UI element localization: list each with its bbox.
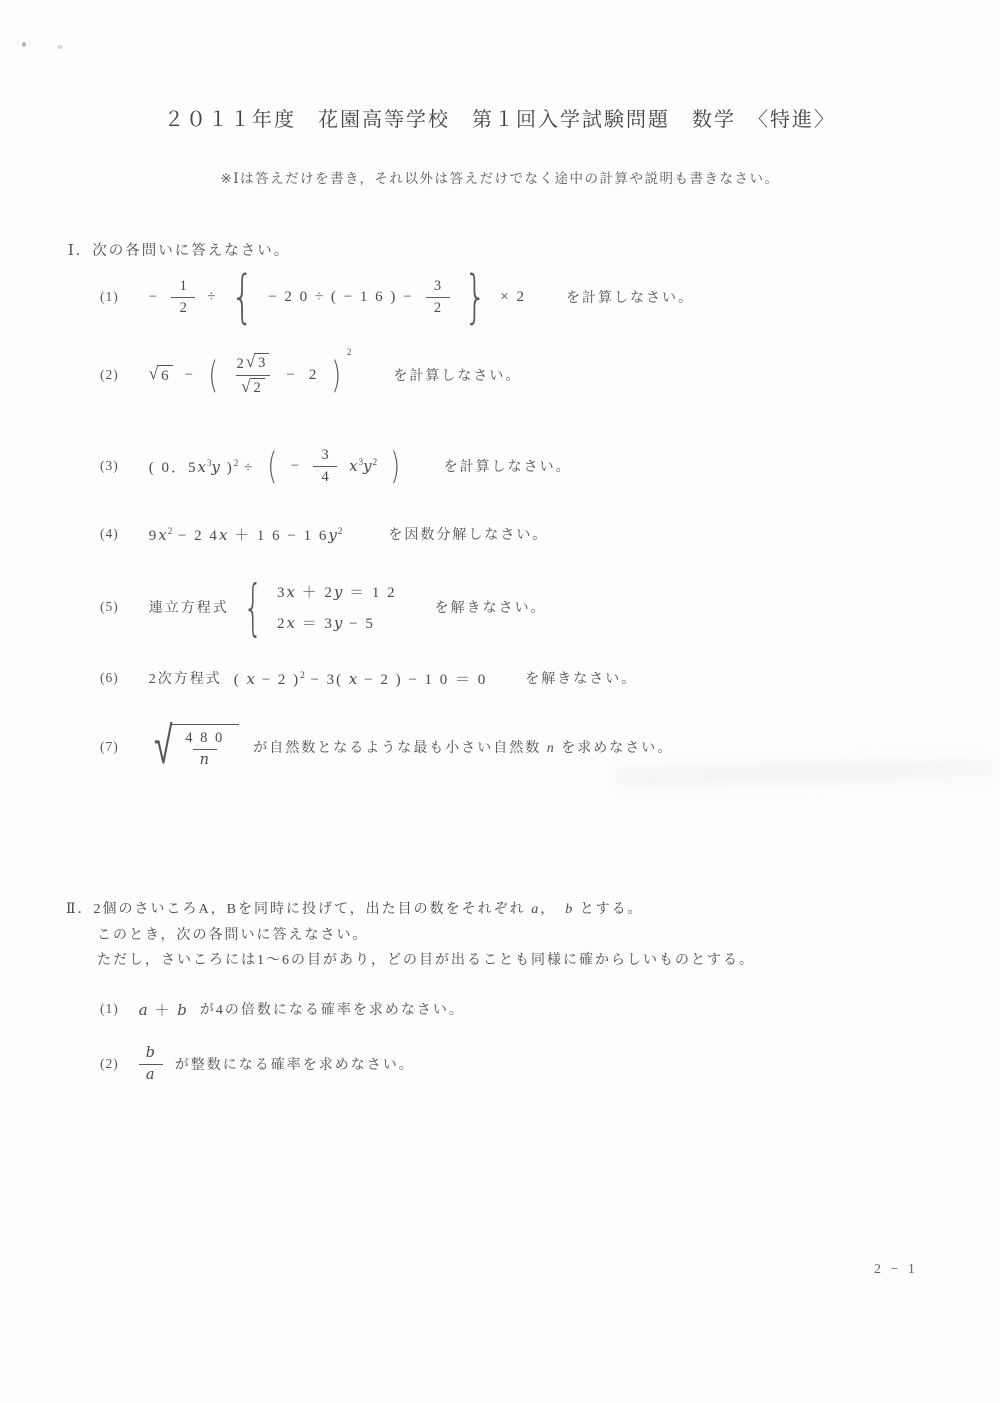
fraction-numerator: 2 √ 3 <box>232 353 275 374</box>
instruction-text: を計算しなさい。 <box>444 456 572 476</box>
fraction-b-a: b a <box>139 1045 163 1083</box>
section1-heading: Ⅰ．次の各問いに答えなさい。 <box>68 239 290 260</box>
problem-2-1: (1) a ＋ b が4の倍数になる確率を求めなさい。 <box>100 996 465 1022</box>
equation-1: 3x ＋ 2y ＝ 1 2 <box>277 581 397 602</box>
problem-1-1: (1) − 1 2 ÷ { − 2 0 ÷ ( − 1 6 ) − 3 2 } … <box>100 270 694 324</box>
scan-speck <box>57 45 63 49</box>
fraction-denominator: 2 <box>171 297 195 317</box>
open-paren: ( <box>267 448 277 485</box>
open-brace: { <box>231 269 254 326</box>
instruction-text: を計算しなさい。 <box>566 287 694 307</box>
expression-tail: x3y2 <box>349 457 377 476</box>
question-text: が整数になる確率を求めなさい。 <box>175 1054 415 1074</box>
exam-note: ※Ⅰは答えだけを書き，それ以外は答えだけでなく途中の計算や説明も書きなさい。 <box>0 167 1000 187</box>
expression-middle: − 2 0 ÷ ( − 1 6 ) − <box>268 289 413 306</box>
instruction-text: を解きなさい。 <box>435 597 547 617</box>
problem-1-3: (3) ( 0．5x3y )2 ÷ ( − 3 4 x3y2 ) を計算しなさい… <box>100 440 572 492</box>
constant-2: 2 <box>309 367 319 384</box>
radical-icon: √ <box>154 724 173 770</box>
problem-1-7: (7) √ 4 8 0 n が自然数となるような最も小さい自然数 n を求めなさ… <box>100 714 673 780</box>
big-radical: √ 4 8 0 n <box>149 724 240 770</box>
radical-2: √ 2 <box>241 378 265 397</box>
instruction-text: を計算しなさい。 <box>393 365 521 385</box>
fraction-3-4: 3 4 <box>313 447 337 485</box>
radicand: 4 8 0 n <box>170 724 239 768</box>
exam-scan-page: ２０１１年度 花園高等学校 第１回入学試験問題 数学 〈特進〉 ※Ⅰは答えだけを… <box>0 0 1000 1403</box>
section2-line2: このとき，次の各問いに答えなさい。 <box>97 924 368 944</box>
expression-tail: × 2 <box>500 289 526 306</box>
fraction-numerator: 1 <box>175 278 192 297</box>
section2-heading: Ⅱ．2個のさいころA，Bを同時に投げて，出た目の数をそれぞれ a， b とする。 <box>66 898 644 918</box>
problem-1-5: (5) 連立方程式 { 3x ＋ 2y ＝ 1 2 2x ＝ 3y − 5 を解… <box>100 574 547 640</box>
close-brace: } <box>464 269 487 326</box>
problem-label: (4) <box>100 526 119 542</box>
fraction-1-2: 1 2 <box>171 278 195 316</box>
question-text: が4の倍数になる確率を求めなさい。 <box>200 999 465 1019</box>
minus-sign: − <box>291 458 301 475</box>
equation-2: 2x ＝ 3y − 5 <box>277 612 397 633</box>
instruction-text: を解きなさい。 <box>525 668 637 688</box>
minus-sign: − <box>185 367 195 384</box>
fraction-numerator: 3 <box>317 447 334 466</box>
problem-label: (6) <box>100 670 119 686</box>
radical-3: √ 3 <box>246 353 270 372</box>
page-number: 2 − 1 <box>874 1262 918 1278</box>
expression-head: ( 0．5x3y )2 ÷ <box>149 456 254 477</box>
fraction-numerator: 3 <box>429 278 446 297</box>
instruction-text: が自然数となるような最も小さい自然数 n を求めなさい。 <box>253 737 673 757</box>
problem-2-2: (2) b a が整数になる確率を求めなさい。 <box>100 1040 415 1088</box>
problem-label: (2) <box>100 1056 119 1072</box>
lead-text: 2次方程式 <box>149 668 222 688</box>
fraction-numerator: 4 8 0 <box>180 730 229 749</box>
close-paren: ) <box>332 357 342 394</box>
problem-label: (5) <box>100 599 119 615</box>
expression-a-plus-b: a ＋ b <box>139 999 188 1020</box>
equation-system: 3x ＋ 2y ＝ 1 2 2x ＝ 3y − 5 <box>277 581 397 633</box>
scan-speck <box>22 42 26 47</box>
divide-sign: ÷ <box>207 289 217 306</box>
fraction-3-2: 3 2 <box>426 278 450 316</box>
problem-1-6: (6) 2次方程式 ( x − 2 )2 − 3( x − 2 ) − 1 0 … <box>100 658 637 698</box>
section2-line3: ただし，さいころには1～6の目があり，どの目が出ることも同様に確からしいものとす… <box>97 949 755 969</box>
fraction-480-n: 4 8 0 n <box>180 730 229 768</box>
instruction-text: を因数分解しなさい。 <box>388 524 548 544</box>
radicand: 3 <box>254 353 269 372</box>
fraction-2root3-root2: 2 √ 3 √ 2 <box>232 353 275 397</box>
coefficient: 2 <box>237 356 244 373</box>
fraction-numerator: b <box>141 1045 161 1064</box>
open-paren: ( <box>208 357 218 394</box>
fraction-denominator: 4 <box>313 466 337 486</box>
fraction-denominator: n <box>193 749 217 769</box>
fraction-denominator: 2 <box>426 297 450 317</box>
system-brace: { <box>243 577 262 638</box>
problem-label: (3) <box>100 458 119 474</box>
radical-6: √ 6 <box>149 365 173 385</box>
minus-sign: − <box>286 367 296 384</box>
polynomial-expression: 9x2 − 2 4x ＋ 1 6 − 1 6y2 <box>149 524 343 545</box>
fraction-denominator: a <box>139 1064 163 1084</box>
problem-label: (1) <box>100 289 119 305</box>
problem-label: (1) <box>100 1001 119 1017</box>
close-paren: ) <box>390 448 400 485</box>
problem-1-2: (2) √ 6 − ( 2 √ 3 √ 2 − 2 ) 2 <box>100 346 521 404</box>
problem-1-4: (4) 9x2 − 2 4x ＋ 1 6 − 1 6y2 を因数分解しなさい。 <box>100 516 548 552</box>
radicand: 2 <box>250 378 265 397</box>
quadratic-equation: ( x − 2 )2 − 3( x − 2 ) − 1 0 ＝ 0 <box>234 668 488 689</box>
fraction-denominator: √ 2 <box>236 375 270 397</box>
radicand: 6 <box>157 365 173 385</box>
problem-label: (2) <box>100 367 119 383</box>
problem-label: (7) <box>100 739 119 755</box>
lead-text: 連立方程式 <box>149 597 229 617</box>
exam-title: ２０１１年度 花園高等学校 第１回入学試験問題 数学 〈特進〉 <box>0 103 1000 132</box>
minus-sign: − <box>149 289 159 306</box>
